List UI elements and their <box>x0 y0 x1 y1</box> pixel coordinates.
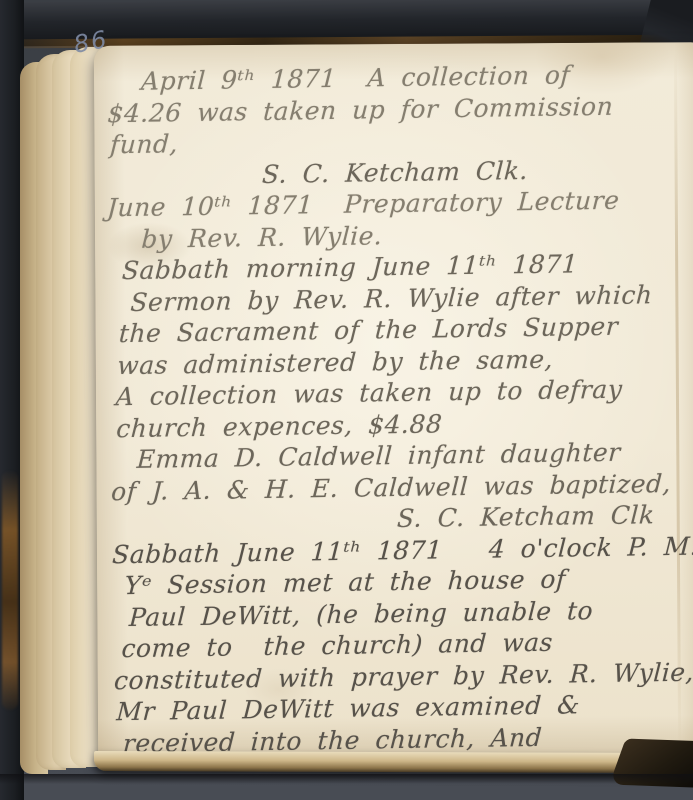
manuscript-page: 86 April 9ᵗʰ 1871 A collection of $4.26 … <box>94 42 693 762</box>
spine-wear-stain <box>2 470 18 710</box>
page-bottom-edge <box>94 751 657 773</box>
book-bottom-shadow <box>0 774 693 784</box>
manuscript-photo: 86 April 9ᵗʰ 1871 A collection of $4.26 … <box>0 0 693 800</box>
page-number: 86 <box>72 25 111 59</box>
handwritten-text-block: April 9ᵗʰ 1871 A collection of $4.26 was… <box>105 58 692 759</box>
